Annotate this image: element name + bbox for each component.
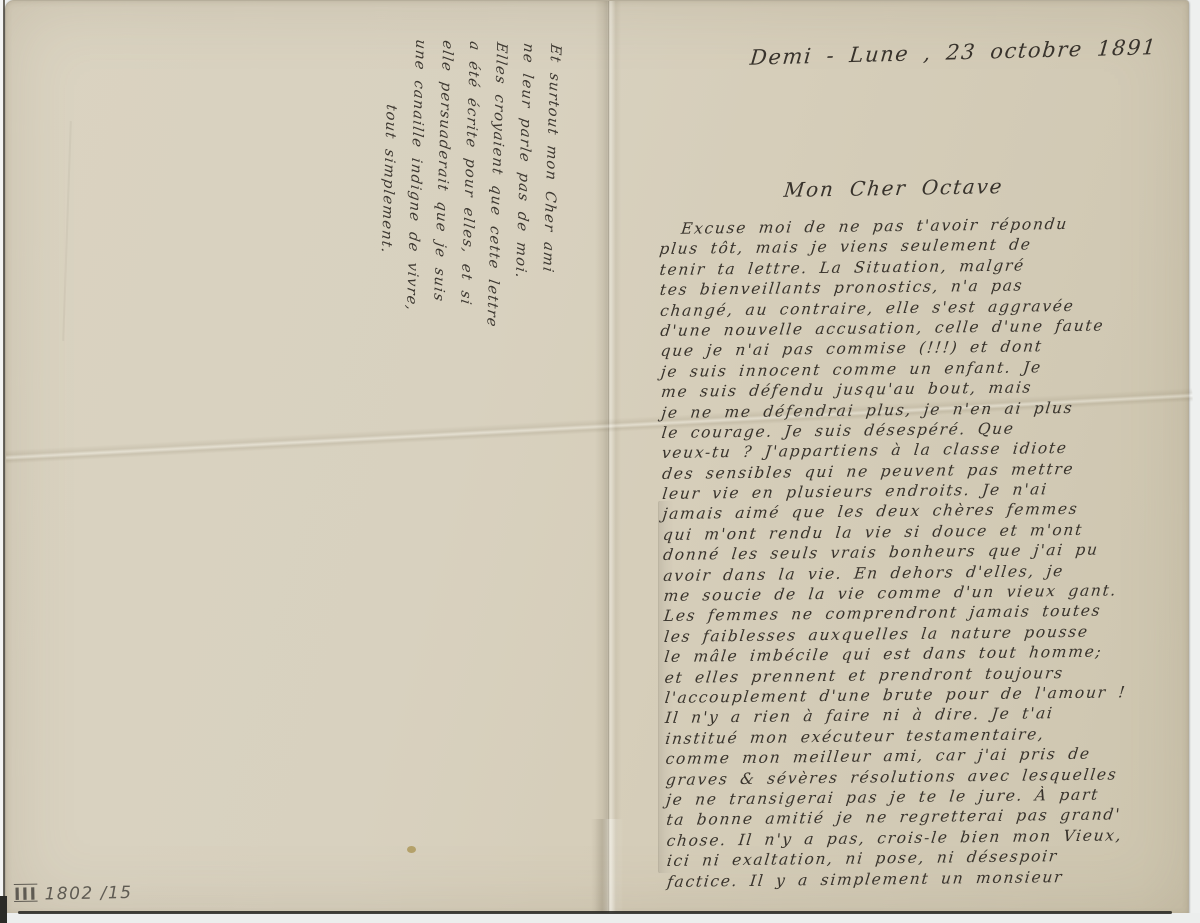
scanned-letter: Et surtout mon Cher ami ne leur parle pa… xyxy=(0,0,1200,923)
paper-edge-line-bottom xyxy=(18,911,1172,914)
center-fold-line xyxy=(608,1,609,914)
paper-stain xyxy=(407,846,416,853)
inventory-number: 1802 /15 xyxy=(44,883,132,905)
scanner-edge-bottom xyxy=(0,913,1200,923)
letter-body: Excuse moi de ne pas t'avoir répondu plu… xyxy=(659,212,1200,891)
inventory-roman-numeral: III xyxy=(14,885,38,905)
left-page-postscript: Et surtout mon Cher ami ne leur parle pa… xyxy=(358,38,568,347)
faint-crease xyxy=(62,121,72,341)
scan-corner-shadow xyxy=(0,896,7,923)
letter-salutation: Mon Cher Octave xyxy=(784,174,1004,202)
fold-bottom-notch xyxy=(591,819,623,914)
inventory-mark: III1802 /15 xyxy=(14,883,133,905)
